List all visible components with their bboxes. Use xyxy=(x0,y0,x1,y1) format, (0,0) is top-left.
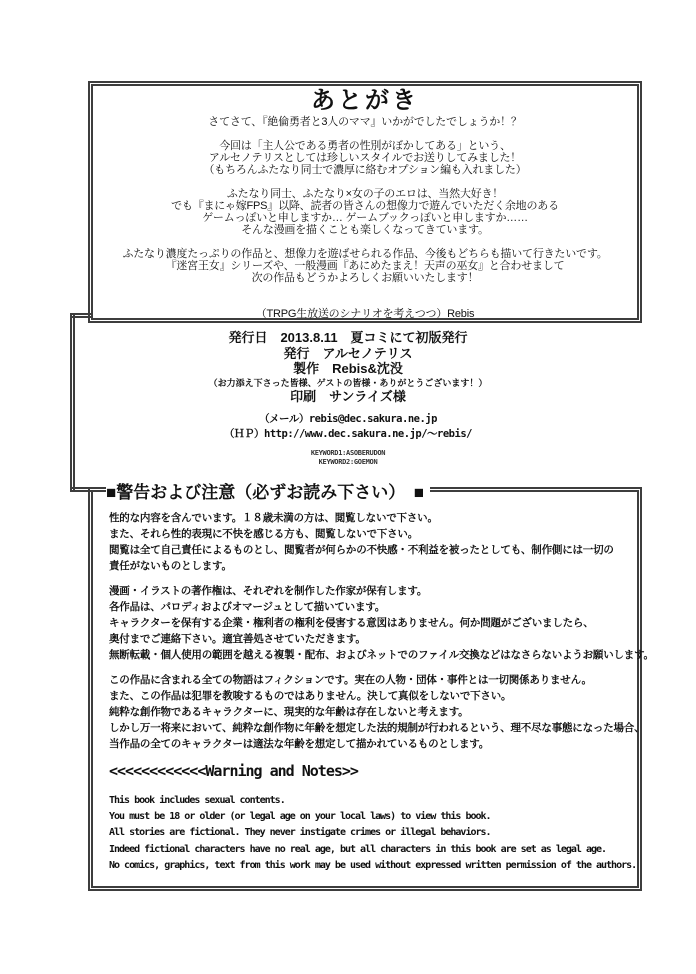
warning-jp-line: この作品に含まれる全ての物語はフィクションです。実在の人物・団体・事件とは一切関… xyxy=(109,672,637,688)
colophon-printer: 印刷 サンライズ様 xyxy=(0,389,696,405)
warning-jp-line: 奥付までご連絡下さい。適宜善処させていただきます。 xyxy=(109,631,637,647)
warning-content: 性的な内容を含んでいます。１８歳未満の方は、閲覧しないで下さい。また、それら性的… xyxy=(93,492,637,874)
warning-jp-line: 純粋な創作物であるキャラクターに、現実的な年齢は存在しないと考えます。 xyxy=(109,704,637,720)
warning-jp-line: 責任がないものとします。 xyxy=(109,558,637,574)
colophon-homepage: （ＨＰ）http://www.dec.sakura.ne.jp/～rebis/ xyxy=(0,427,696,442)
afterword-line xyxy=(93,284,637,296)
warning-en-line: This book includes sexual contents. xyxy=(109,793,637,809)
warning-jp-line: 性的な内容を含んでいます。１８歳未満の方は、閲覧しないで下さい。 xyxy=(109,510,637,526)
warning-header: ■警告および注意（必ずお読み下さい） ■ xyxy=(106,483,430,503)
afterword-title: あとがき xyxy=(93,88,637,114)
doujinshi-afterword-page: あとがき さてさて、『絶倫勇者と3人のママ』いかがでしたでしょうか！？ 今回は「… xyxy=(0,0,696,974)
warning-jp-line: また、それら性的表現に不快を感じる方も、閲覧しないで下さい。 xyxy=(109,526,637,542)
warning-english-heading: <<<<<<<<<<<<Warning and Notes>> xyxy=(109,761,637,781)
afterword-line: ゲームっぽいと申しますか… ゲームブックっぽいと申しますか…… xyxy=(93,212,637,224)
afterword-line: ふたなり濃度たっぷりの作品と、想像力を遊ばせられる作品、今後もどちらも描いて行き… xyxy=(93,248,637,260)
afterword-line xyxy=(93,176,637,188)
afterword-line xyxy=(93,236,637,248)
colophon-publisher: 発行 アルセノテリス xyxy=(0,346,696,362)
afterword-line: （もちろんふたなり同士で濃厚に絡むオプション編も入れました） xyxy=(93,164,637,176)
afterword-line: 『迷宮王女』シリーズや、一般漫画『あにめたまえ！天声の巫女』と合わせまして xyxy=(93,260,637,272)
colophon-publish-date: 発行日 2013.8.11 夏コミにて初版発行 xyxy=(0,330,696,346)
colophon: 発行日 2013.8.11 夏コミにて初版発行 発行 アルセノテリス 製作 Re… xyxy=(0,330,696,467)
afterword-line xyxy=(93,296,637,308)
warning-jp-line: しかし万一将来において、純粋な創作物に年齢を想定した法的規制が行われるという、理… xyxy=(109,720,637,736)
afterword-box: あとがき さてさて、『絶倫勇者と3人のママ』いかがでしたでしょうか！？ 今回は「… xyxy=(88,81,642,323)
warning-jp-line: 各作品は、パロディおよびオマージュとして描いています。 xyxy=(109,599,637,615)
warning-jp-line: 当作品の全てのキャラクターは適法な年齢を想定して描かれているものとします。 xyxy=(109,736,637,752)
afterword-line: でも『まにゃ嫁FPS』以降、読者の皆さんの想像力で遊んでいただく余地のある xyxy=(93,200,637,212)
warning-jp-line xyxy=(109,663,637,672)
warning-en-line: You must be 18 or older (or legal age on… xyxy=(109,809,637,825)
warning-jp-line: 漫画・イラストの著作権は、それぞれを制作した作家が保有します。 xyxy=(109,583,637,599)
colophon-keyword2: KEYWORD2:GOEMON xyxy=(0,458,696,467)
warning-en-line: All stories are fictional. They never in… xyxy=(109,825,637,841)
colophon-production: 製作 Rebis&沈没 xyxy=(0,361,696,377)
warning-japanese-text: 性的な内容を含んでいます。１８歳未満の方は、閲覧しないで下さい。また、それら性的… xyxy=(109,510,637,752)
afterword-line: さてさて、『絶倫勇者と3人のママ』いかがでしたでしょうか！？ xyxy=(93,116,637,128)
warning-jp-line: また、この作品は犯罪を教唆するものではありません。決して真似をしないで下さい。 xyxy=(109,688,637,704)
colophon-thanks: （お力添え下さった皆様、ゲストの皆様・ありがとうございます！） xyxy=(0,377,696,389)
afterword-line: 次の作品もどうかよろしくお願いいたします！ xyxy=(93,272,637,284)
warning-jp-line: 閲覧は全て自己責任によるものとし、閲覧者が何らかの不快感・不利益を被ったとしても… xyxy=(109,542,637,558)
afterword-text: さてさて、『絶倫勇者と3人のママ』いかがでしたでしょうか！？ 今回は「主人公であ… xyxy=(93,116,637,320)
warning-english-text: This book includes sexual contents.You m… xyxy=(109,793,637,874)
warning-en-line: Indeed fictional characters have no real… xyxy=(109,842,637,858)
afterword-line: そんな漫画を描くことも楽しくなってきています。 xyxy=(93,224,637,236)
afterword-line: （TRPG生放送のシナリオを考えつつ）Rebis xyxy=(93,308,637,320)
warning-jp-line: キャラクターを保有する企業・権利者の権利を侵害する意図はありません。何か問題がご… xyxy=(109,615,637,631)
warning-jp-line: 無断転載・個人使用の範囲を越える複製・配布、およびネットでのファイル交換などはな… xyxy=(109,647,637,663)
colophon-keyword1: KEYWORD1:ASOBERUDON xyxy=(0,449,696,458)
bracket-top-connector xyxy=(70,313,93,318)
afterword-line: ふたなり同士、ふたなり×女の子のエロは、当然大好き！ xyxy=(93,188,637,200)
warning-en-line: No comics, graphics, text from this work… xyxy=(109,858,637,874)
colophon-mail: （メール）rebis@dec.sakura.ne.jp xyxy=(0,412,696,427)
afterword-line: 今回は「主人公である勇者の性別がぼかしてある」という、 xyxy=(93,140,637,152)
warning-box: ■警告および注意（必ずお読み下さい） ■ 性的な内容を含んでいます。１８歳未満の… xyxy=(88,487,642,891)
colophon-contact: （メール）rebis@dec.sakura.ne.jp （ＨＰ）http://w… xyxy=(0,412,696,442)
afterword-line xyxy=(93,128,637,140)
colophon-keywords: KEYWORD1:ASOBERUDON KEYWORD2:GOEMON xyxy=(0,449,696,467)
afterword-line: アルセノテリスとしては珍しいスタイルでお送りしてみました！ xyxy=(93,152,637,164)
warning-jp-line xyxy=(109,574,637,583)
